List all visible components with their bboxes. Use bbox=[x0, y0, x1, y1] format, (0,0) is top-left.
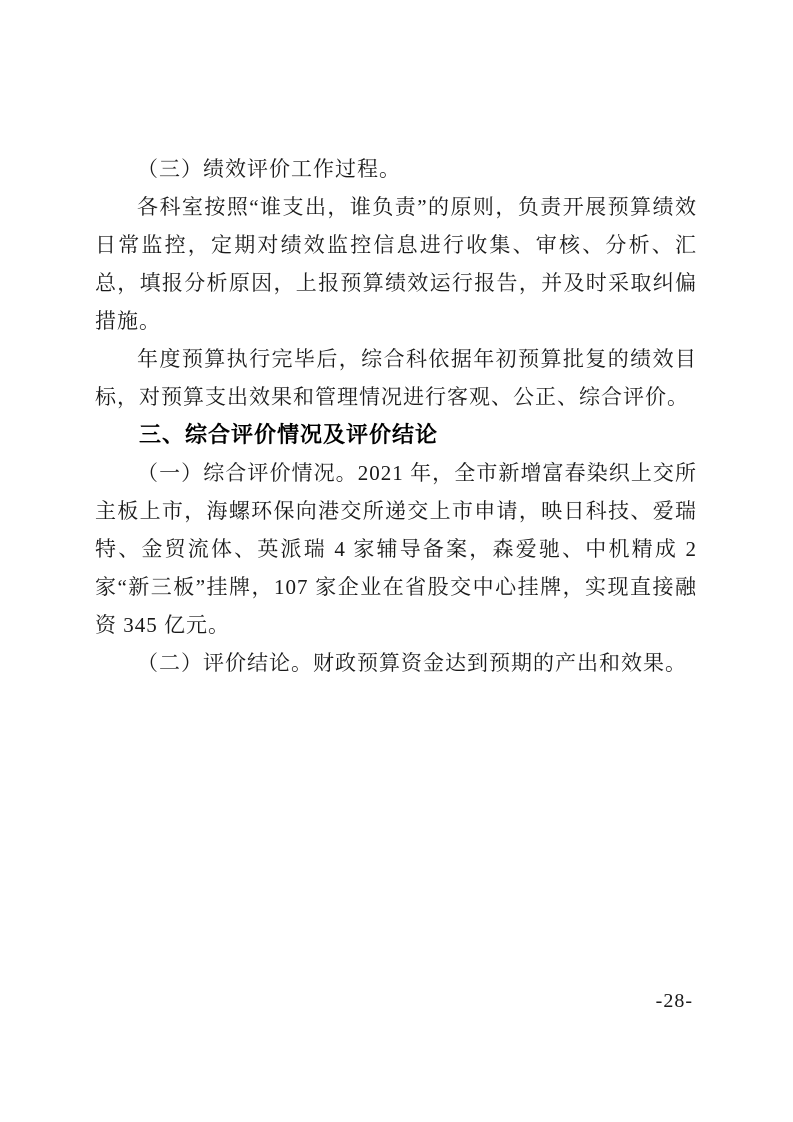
document-page: （三）绩效评价工作过程。 各科室按照“谁支出，谁负责”的原则，负责开展预算绩效日… bbox=[0, 0, 793, 1122]
paragraph-comprehensive-evaluation-situation: （一）综合评价情况。2021 年，全市新增富春染织上交所主板上市，海螺环保向港交… bbox=[95, 454, 697, 644]
section-heading-comprehensive-evaluation: 三、综合评价情况及评价结论 bbox=[95, 416, 697, 454]
paragraph-annual-budget-evaluation: 年度预算执行完毕后，综合科依据年初预算批复的绩效目标，对预算支出效果和管理情况进… bbox=[95, 340, 697, 416]
page-number: -28- bbox=[656, 990, 693, 1013]
paragraph-performance-evaluation-process-title: （三）绩效评价工作过程。 bbox=[95, 150, 697, 188]
paragraph-evaluation-conclusion: （二）评价结论。财政预算资金达到预期的产出和效果。 bbox=[95, 644, 697, 682]
document-body: （三）绩效评价工作过程。 各科室按照“谁支出，谁负责”的原则，负责开展预算绩效日… bbox=[95, 150, 697, 682]
paragraph-daily-monitoring: 各科室按照“谁支出，谁负责”的原则，负责开展预算绩效日常监控，定期对绩效监控信息… bbox=[95, 188, 697, 340]
